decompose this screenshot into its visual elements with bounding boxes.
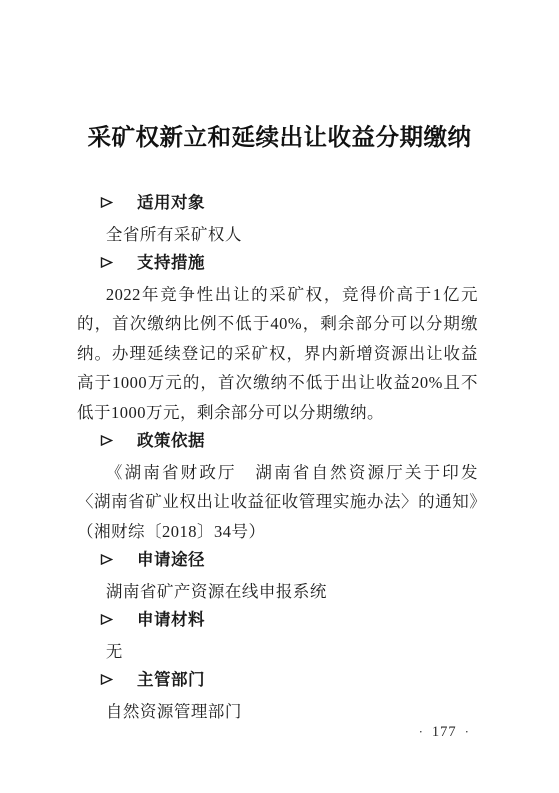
section-heading-label: 申请材料 xyxy=(137,611,205,629)
arrowhead-bullet-icon xyxy=(100,547,116,577)
arrowhead-bullet-icon xyxy=(100,428,116,458)
footer-separator: · xyxy=(411,724,432,739)
section-heading-applicable-objects: 适用对象 xyxy=(77,189,478,220)
section-paragraph: 《湖南省财政厅 湖南省自然资源厅关于印发〈湖南省矿业权出让收益征收管理实施办法〉… xyxy=(77,458,478,547)
section-heading-application-materials: 申请材料 xyxy=(77,606,478,637)
arrowhead-bullet-icon xyxy=(100,190,116,220)
section-heading-label: 政策依据 xyxy=(137,432,205,450)
footer-separator: · xyxy=(457,724,478,739)
page-number: 177 xyxy=(432,724,457,740)
section-paragraph: 2022年竞争性出让的采矿权，竞得价高于1亿元的，首次缴纳比例不低于40%，剩余… xyxy=(77,280,478,428)
arrowhead-bullet-icon xyxy=(100,607,116,637)
page-footer: ·177· xyxy=(77,724,478,741)
section-paragraph: 湖南省矿产资源在线申报系统 xyxy=(77,577,478,607)
document-body: 适用对象 全省所有采矿权人 支持措施 2022年竞争性出让的采矿权，竞得价高于1… xyxy=(77,189,478,726)
section-heading-policy-basis: 政策依据 xyxy=(77,427,478,458)
document-page: 采矿权新立和延续出让收益分期缴纳 适用对象 全省所有采矿权人 支持措施 2022… xyxy=(0,0,559,793)
section-heading-label: 支持措施 xyxy=(137,254,205,272)
page-title: 采矿权新立和延续出让收益分期缴纳 xyxy=(0,118,559,152)
section-paragraph: 全省所有采矿权人 xyxy=(77,220,478,250)
section-heading-label: 主管部门 xyxy=(137,671,205,689)
section-paragraph: 无 xyxy=(77,637,478,667)
section-heading-competent-department: 主管部门 xyxy=(77,666,478,697)
arrowhead-bullet-icon xyxy=(100,250,116,280)
section-heading-label: 适用对象 xyxy=(137,194,205,212)
arrowhead-bullet-icon xyxy=(100,667,116,697)
section-heading-support-measures: 支持措施 xyxy=(77,249,478,280)
section-heading-label: 申请途径 xyxy=(137,551,205,569)
section-paragraph: 自然资源管理部门 xyxy=(77,697,478,727)
section-heading-application-channel: 申请途径 xyxy=(77,546,478,577)
